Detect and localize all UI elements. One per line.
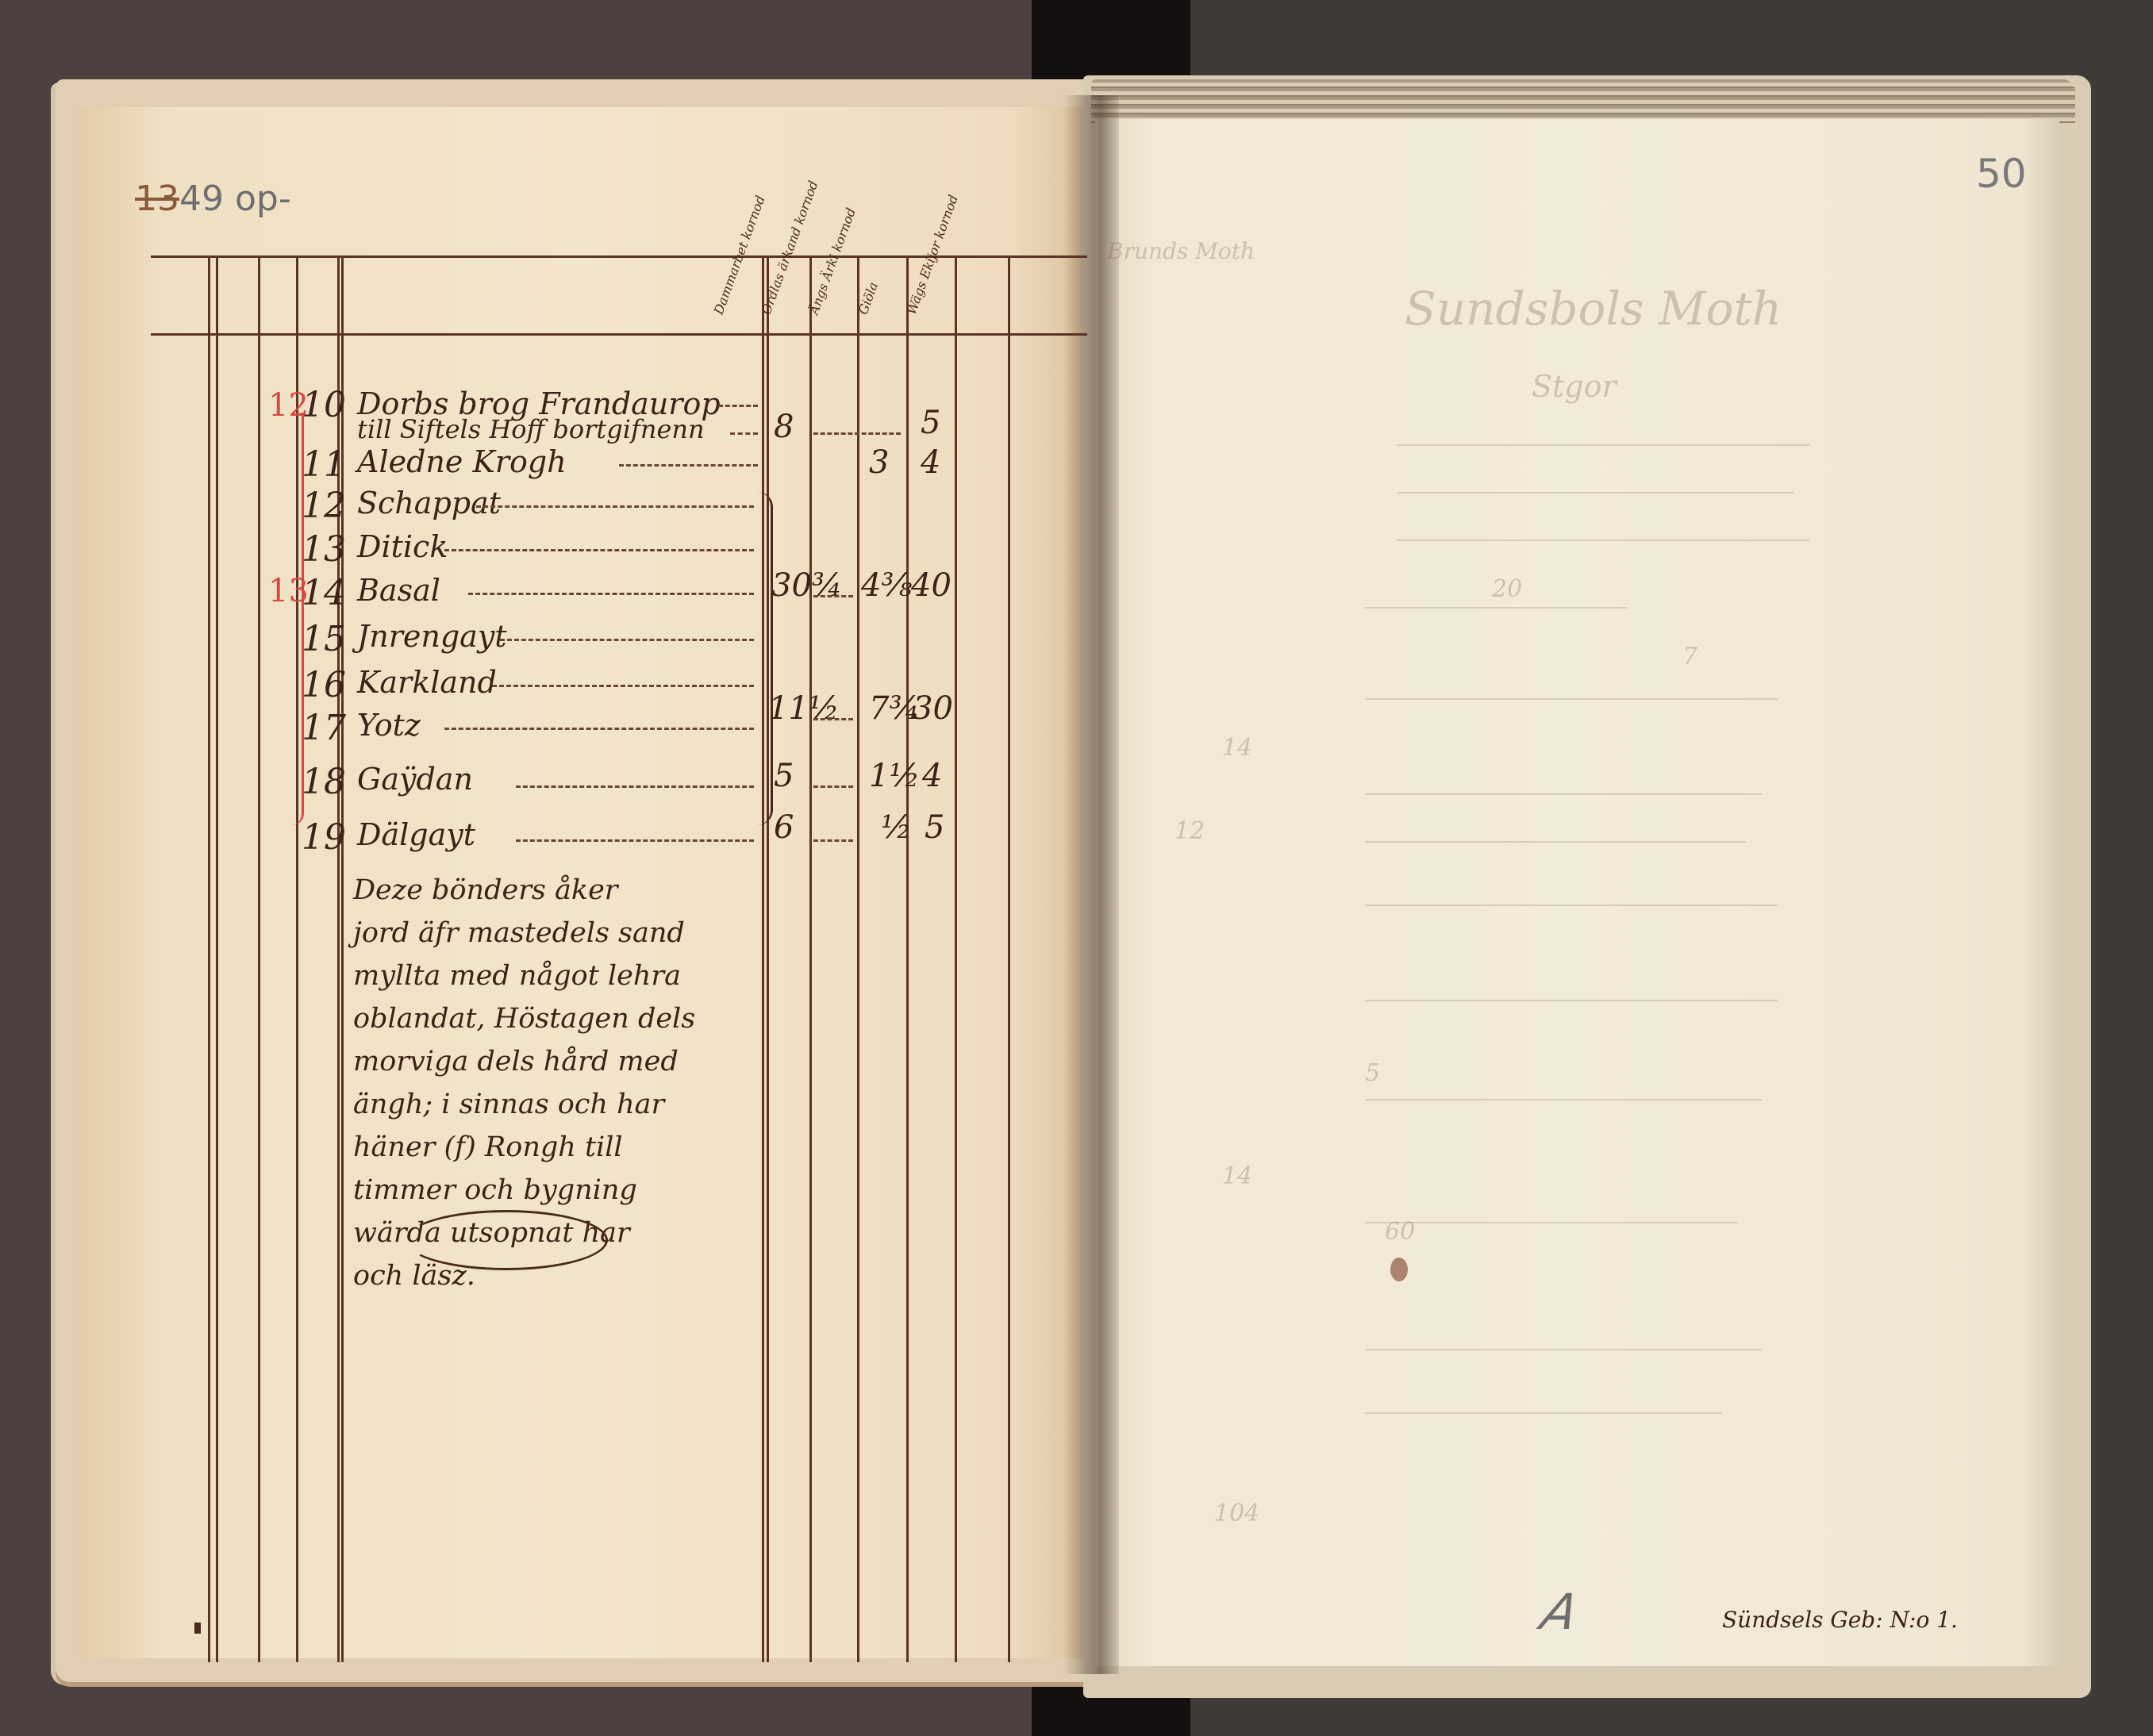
- row-name-continued: till Siftels Hoff bortgifnenn: [357, 414, 705, 444]
- row-name: Schappat: [357, 486, 501, 520]
- gutter-fold: [1063, 95, 1119, 1674]
- dash-leader: [813, 839, 853, 842]
- dash-leader: [516, 839, 754, 842]
- bleed-through-corner: Brunds Moth: [1107, 238, 1255, 264]
- bleed-line: [1397, 444, 1809, 446]
- dash-leader: [516, 785, 754, 788]
- row-name: Jnrengayt: [357, 619, 507, 654]
- rule-header-bottom: [151, 333, 1087, 336]
- bleed-number: 60: [1385, 1218, 1415, 1246]
- note-line: morviga dels hård med: [353, 1040, 762, 1083]
- row-name: Basal: [357, 573, 440, 608]
- bleed-line: [1365, 1000, 1778, 1001]
- note-line: häner (f) Rongh till: [353, 1126, 762, 1169]
- cell-c3: 4⅜: [861, 567, 912, 604]
- rule-top: [151, 255, 1087, 258]
- cell-c1: 11½: [768, 690, 840, 727]
- note-line: ängh; i sinnas och har: [353, 1083, 762, 1126]
- rule-col-5: [955, 258, 957, 1662]
- cell-c4: 4: [922, 758, 942, 794]
- bleed-line: [1365, 698, 1778, 700]
- dash-leader: [813, 432, 901, 435]
- bleed-line: [1365, 607, 1627, 609]
- row-number: 11: [302, 444, 346, 485]
- curly-brace: [758, 492, 773, 825]
- row-name: Aledne Krogh: [357, 444, 567, 479]
- rule-col-4: [906, 258, 909, 1662]
- rule-col-3: [857, 258, 859, 1662]
- bleed-number: 104: [1214, 1500, 1259, 1527]
- note-line: oblandat, Höstagen dels: [353, 997, 762, 1040]
- row-number: 12: [302, 486, 346, 526]
- cell-c3: 3: [869, 444, 889, 481]
- right-page: [1095, 119, 2059, 1666]
- dash-leader: [718, 405, 758, 407]
- cell-c4: 40: [911, 567, 952, 604]
- cell-c3: ½: [881, 809, 912, 846]
- row-number: 10: [302, 385, 346, 425]
- dash-leader: [444, 728, 754, 730]
- dash-leader: [813, 785, 853, 788]
- bleed-through-heading: Sundsbols Moth: [1405, 282, 1782, 336]
- dash-leader: [500, 639, 754, 641]
- dash-leader: [492, 685, 754, 687]
- row-name: Gaÿdan: [357, 762, 473, 797]
- rule-col-1: [762, 258, 764, 1662]
- bleed-line: [1365, 1222, 1738, 1223]
- cell-c4: 30: [913, 690, 953, 727]
- struck-number: 13: [135, 179, 179, 219]
- row-name: Ditick: [357, 529, 448, 564]
- rule-margin-1: [208, 258, 210, 1662]
- note-line: myllta med något lehra: [353, 954, 762, 997]
- bleed-line: [1365, 1099, 1762, 1100]
- bleed-number: 14: [1222, 734, 1252, 762]
- cell-c1: 5: [774, 758, 794, 794]
- cell-c4: 4: [921, 444, 940, 481]
- bleed-line: [1397, 492, 1794, 494]
- dash-leader: [476, 505, 754, 508]
- dash-leader: [730, 432, 758, 435]
- rule-col-1b: [767, 258, 769, 1662]
- bleed-through-subheading: Stgor: [1532, 369, 1617, 404]
- bleed-line: [1365, 1349, 1762, 1350]
- bleed-line: [1365, 841, 1746, 843]
- bleed-number: 20: [1492, 575, 1522, 603]
- dash-leader: [444, 549, 754, 551]
- bleed-number: 14: [1222, 1162, 1252, 1190]
- row-name: Dälgayt: [357, 817, 475, 852]
- note-line: jord äfr mastedels sand: [353, 912, 762, 954]
- row-number: 14: [302, 573, 346, 613]
- note-line: timmer och bygning: [353, 1169, 762, 1212]
- rule-col-2: [809, 258, 812, 1662]
- bleed-number: 12: [1175, 817, 1205, 845]
- footer-signature: Sündsels Geb: N:o 1.: [1722, 1607, 1958, 1633]
- cell-c1: 8: [774, 409, 794, 445]
- pencil-folio-annotation: 1349 op-: [135, 179, 291, 219]
- right-page-top-edges: [1091, 79, 2075, 123]
- cell-c3: 1½: [869, 758, 920, 794]
- dash-leader: [468, 593, 754, 595]
- rule-margin-2: [216, 258, 218, 1662]
- row-name: Yotz: [357, 708, 421, 743]
- dash-leader: [813, 595, 853, 597]
- cell-c1: 6: [774, 809, 794, 846]
- bleed-line: [1365, 793, 1762, 795]
- closing-flourish: [405, 1210, 608, 1270]
- row-name: Karkland: [357, 665, 497, 700]
- bleed-line: [1365, 904, 1778, 906]
- folio-text: 49 op-: [179, 179, 291, 219]
- row-number: 19: [302, 817, 346, 858]
- bleed-number: 5: [1365, 1059, 1380, 1087]
- ink-stain: [1390, 1258, 1408, 1281]
- bleed-line: [1397, 540, 1809, 541]
- page-number: 50: [1976, 151, 2027, 197]
- row-number: 13: [302, 529, 346, 570]
- row-number: 15: [302, 619, 346, 659]
- row-number: 18: [302, 762, 346, 802]
- rule-margin-3: [258, 258, 260, 1662]
- rule-col-6: [1008, 258, 1010, 1662]
- ink-mark: [194, 1623, 201, 1634]
- bleed-number: 7: [1682, 643, 1697, 670]
- cell-c1: 30¾: [771, 567, 843, 604]
- dash-leader: [813, 718, 853, 720]
- note-line: Deze bönders åker: [353, 869, 762, 912]
- cell-c4: 5: [925, 809, 944, 846]
- dash-leader: [619, 464, 758, 467]
- bleed-line: [1365, 1412, 1722, 1414]
- row-number: 17: [302, 708, 346, 748]
- row-number: 16: [302, 665, 346, 705]
- cell-c4: 5: [921, 405, 940, 441]
